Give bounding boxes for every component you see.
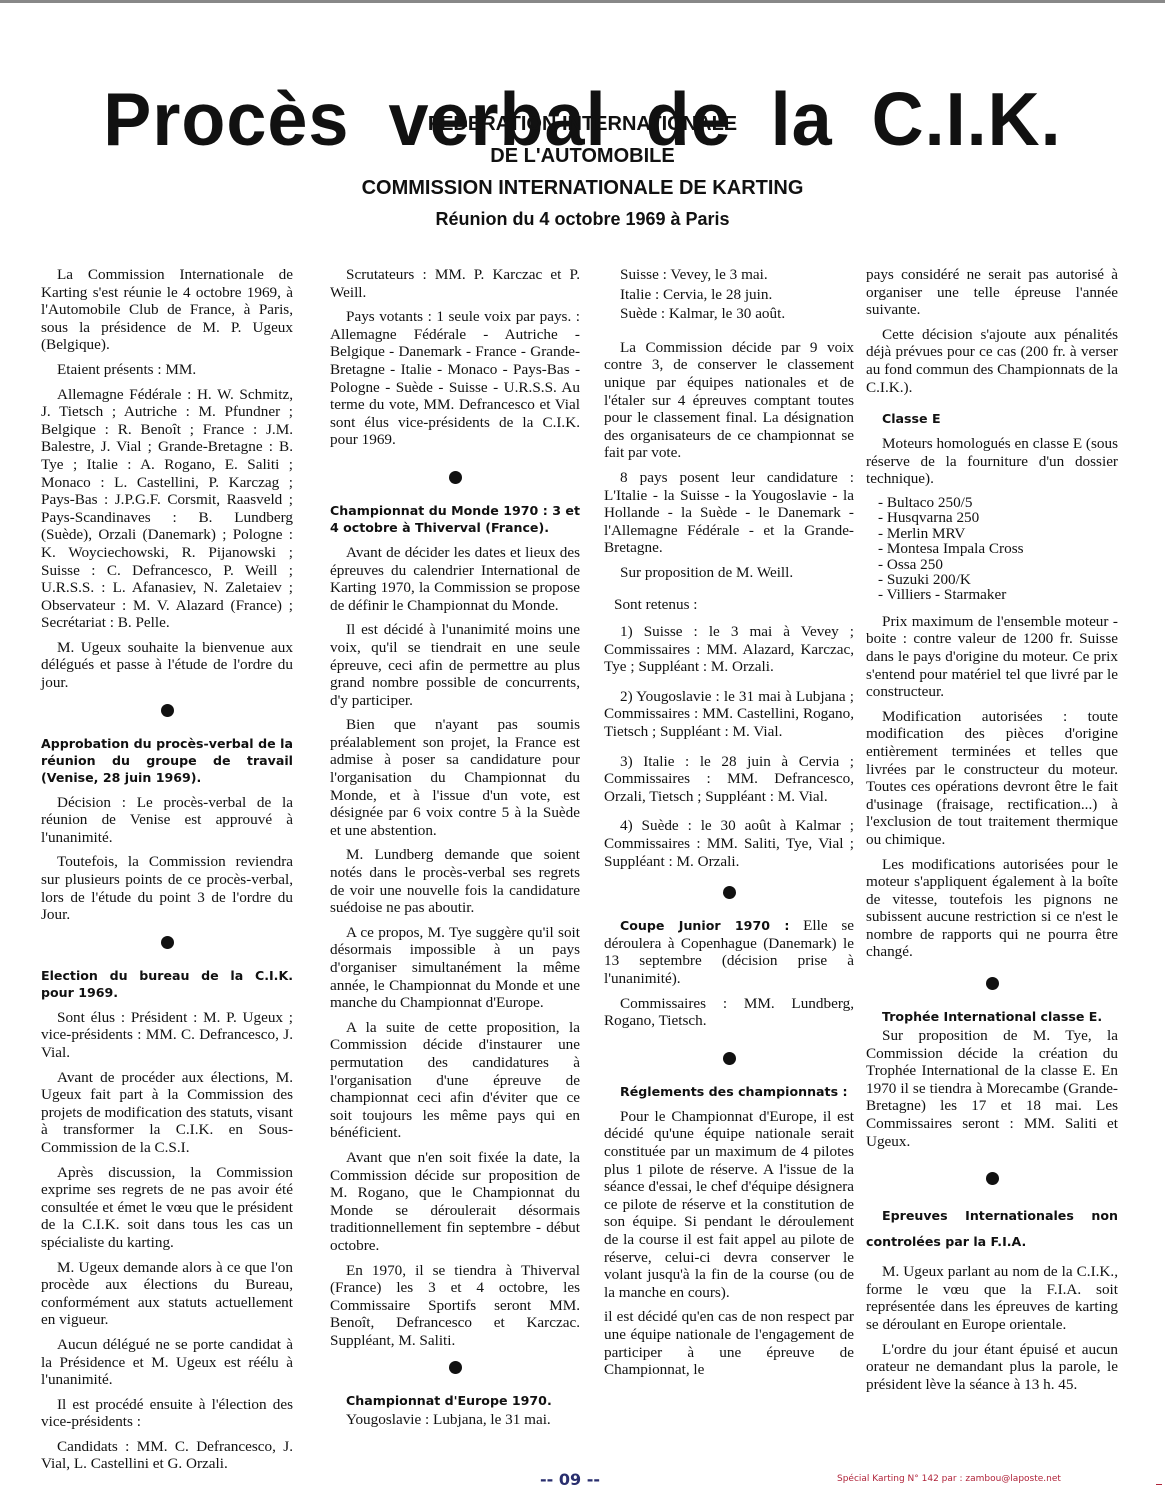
- subtitle-federation: FEDERATION INTERNATIONALE: [0, 111, 1165, 137]
- section-heading: Trophée International classe E.: [866, 1008, 1118, 1025]
- section-heading: Classe E: [866, 410, 1118, 427]
- paragraph: Modification autorisées : toute modifica…: [866, 708, 1118, 849]
- paragraph: Après discussion, la Commission exprime …: [41, 1164, 293, 1252]
- section-heading: Championnat du Monde 1970 : 3 et 4 octob…: [330, 502, 580, 536]
- subtitle-commission: COMMISSION INTERNATIONALE DE KARTING: [0, 175, 1165, 201]
- paragraph: 8 pays posent leur candidature : L'Itali…: [604, 469, 854, 557]
- paragraph: En 1970, il se tiendra à Thiverval (Fran…: [330, 1262, 580, 1350]
- paragraph: Bien que n'ayant pas soumis préalablemen…: [330, 716, 580, 839]
- section-heading: Championnat d'Europe 1970.: [330, 1392, 580, 1409]
- column-3: Suisse : Vevey, le 3 mai. Italie : Cervi…: [604, 266, 854, 1386]
- paragraph: Etaient présents : MM.: [41, 361, 293, 379]
- section-heading: Election du bureau de la C.I.K. pour 196…: [41, 967, 293, 1001]
- paragraph: Il est procédé ensuite à l'élection des …: [41, 1396, 293, 1431]
- section-bullet-icon: [986, 977, 999, 990]
- paragraph: Sur proposition de M. Tye, la Commission…: [866, 1027, 1118, 1150]
- schedule-line: Italie : Cervia, le 28 juin.: [604, 286, 854, 304]
- paragraph: Cette décision s'ajoute aux pénalités dé…: [866, 326, 1118, 396]
- paragraph: La Commission Internationale de Karting …: [41, 266, 293, 354]
- paragraph: Scrutateurs : MM. P. Karczac et P. Weill…: [330, 266, 580, 301]
- paragraph: Candidats : MM. C. Defrancesco, J. Vial,…: [41, 1438, 293, 1473]
- paragraph: Moteurs homologués en classe E (sous rés…: [866, 435, 1118, 488]
- paragraph: Commissaires : MM. Lundberg, Rogano, Tie…: [604, 995, 854, 1030]
- section-heading: Coupe Junior 1970 :: [620, 918, 789, 933]
- paragraph: M. Ugeux demande alors à ce que l'on pro…: [41, 1259, 293, 1329]
- paragraph: Prix maximum de l'ensemble moteur - boit…: [866, 613, 1118, 701]
- paragraph: 3) Italie : le 28 juin à Cervia ; Commis…: [604, 753, 854, 806]
- section-bullet-icon: [723, 886, 736, 899]
- footer-underline: [1156, 1484, 1162, 1485]
- paragraph: Avant de décider les dates et lieux des …: [330, 544, 580, 614]
- column-2: Scrutateurs : MM. P. Karczac et P. Weill…: [330, 266, 580, 1436]
- engine-item: Villiers - Starmaker: [878, 587, 1118, 602]
- section-bullet-icon: [449, 471, 462, 484]
- section-heading: Approbation du procès-verbal de la réuni…: [41, 735, 293, 786]
- section-bullet-icon: [161, 704, 174, 717]
- paragraph: 1) Suisse : le 3 mai à Vevey ; Commissai…: [604, 623, 854, 676]
- column-1: La Commission Internationale de Karting …: [41, 266, 293, 1480]
- paragraph: Pour le Championnat d'Europe, il est déc…: [604, 1108, 854, 1302]
- paragraph: Sont retenus :: [604, 596, 854, 614]
- paragraph: Aucun délégué ne se porte candidat à la …: [41, 1336, 293, 1389]
- engine-item: Montesa Impala Cross: [878, 541, 1118, 556]
- paragraph: 4) Suède : le 30 août à Kalmar ; Commiss…: [604, 817, 854, 870]
- paragraph: L'ordre du jour étant épuisé et aucun or…: [866, 1341, 1118, 1394]
- schedule-line: Suisse : Vevey, le 3 mai.: [604, 266, 854, 284]
- column-4: pays considéré ne serait pas autorisé à …: [866, 266, 1118, 1400]
- paragraph: M. Ugeux souhaite la bienvenue aux délég…: [41, 639, 293, 692]
- engine-item: Bultaco 250/5: [878, 495, 1118, 510]
- subtitle-automobile: DE L'AUTOMOBILE: [0, 143, 1165, 169]
- section-bullet-icon: [723, 1052, 736, 1065]
- section-bullet-icon: [449, 1361, 462, 1374]
- section-bullet-icon: [986, 1172, 999, 1185]
- paragraph: A la suite de cette proposition, la Comm…: [330, 1019, 580, 1142]
- page-number: -- 09 --: [540, 1470, 600, 1489]
- engine-item: Husqvarna 250: [878, 510, 1118, 525]
- paragraph: Sont élus : Président : M. P. Ugeux ; vi…: [41, 1009, 293, 1062]
- section-heading: Réglements des championnats :: [604, 1083, 854, 1100]
- engine-item: Merlin MRV: [878, 526, 1118, 541]
- paragraph: Coupe Junior 1970 : Elle se déroulera à …: [604, 917, 854, 987]
- engine-list: Bultaco 250/5 Husqvarna 250 Merlin MRV M…: [866, 495, 1118, 603]
- paragraph: Les modifications autorisées pour le mot…: [866, 856, 1118, 962]
- paragraph: M. Lundberg demande que soient notés dan…: [330, 846, 580, 916]
- engine-item: Suzuki 200/K: [878, 572, 1118, 587]
- engine-item: Ossa 250: [878, 557, 1118, 572]
- paragraph: 2) Yougoslavie : le 31 mai à Lubjana ; C…: [604, 688, 854, 741]
- paragraph: La Commission décide par 9 voix contre 3…: [604, 339, 854, 462]
- footer-credit: Spécial Karting N° 142 par : zambou@lapo…: [837, 1474, 1061, 1484]
- meeting-date: Réunion du 4 octobre 1969 à Paris: [0, 206, 1165, 232]
- paragraph: A ce propos, M. Tye suggère qu'il soit d…: [330, 924, 580, 1012]
- paragraph: Il est décidé à l'unanimité moins une vo…: [330, 621, 580, 709]
- paragraph: Yougoslavie : Lubjana, le 31 mai.: [330, 1411, 580, 1429]
- paragraph: Pays votants : 1 seule voix par pays. : …: [330, 308, 580, 449]
- paragraph: Avant que n'en soit fixée la date, la Co…: [330, 1149, 580, 1255]
- paragraph: M. Ugeux parlant au nom de la C.I.K., fo…: [866, 1263, 1118, 1333]
- section-heading: Epreuves Internationales non controlées …: [866, 1203, 1118, 1255]
- paragraph: Avant de procéder aux élections, M. Ugeu…: [41, 1069, 293, 1157]
- schedule-line: Suède : Kalmar, le 30 août.: [604, 305, 854, 323]
- paragraph: pays considéré ne serait pas autorisé à …: [866, 266, 1118, 319]
- section-bullet-icon: [161, 936, 174, 949]
- top-border: [0, 0, 1165, 3]
- paragraph: Décision : Le procès-verbal de la réunio…: [41, 794, 293, 847]
- paragraph: Allemagne Fédérale : H. W. Schmitz, J. T…: [41, 386, 293, 632]
- paragraph: Sur proposition de M. Weill.: [604, 564, 854, 582]
- paragraph: Toutefois, la Commission reviendra sur p…: [41, 853, 293, 923]
- paragraph: il est décidé qu'en cas de non respect p…: [604, 1308, 854, 1378]
